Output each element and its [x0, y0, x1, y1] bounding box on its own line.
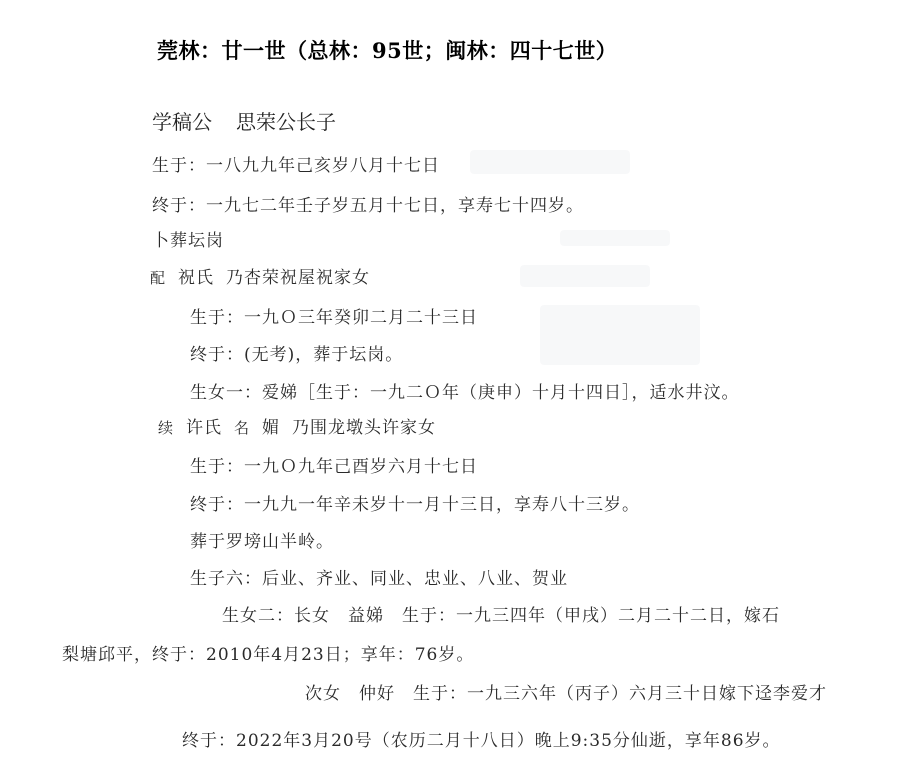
spouse2-death: 终于：一九九一年辛未岁十一月十三日，享寿八十三岁。 — [190, 497, 640, 514]
person-relation: 思荣公长子 — [236, 110, 336, 134]
spouse2-daughters-line1: 生女二：长女 益娣 生于：一九三四年（甲戌）二月二十二日，嫁石 — [222, 608, 780, 625]
spouse2-origin: 乃围龙墩头许家女 — [292, 418, 436, 438]
scan-artifact — [470, 150, 630, 174]
spouse1-death: 终于：(无考)，葬于坛岗。 — [190, 347, 403, 364]
spouse1-birth: 生于：一九Ｏ三年癸卯二月二十三日 — [190, 310, 478, 327]
spouse2-given-label: 名 — [234, 419, 250, 437]
spouse1-prefix: 配 — [150, 269, 166, 287]
spouse2-sons: 生子六：后业、齐业、同业、忠业、八业、贺业 — [190, 571, 568, 588]
scan-artifact — [540, 305, 700, 365]
spouse2-given-name: 媚 — [262, 418, 280, 438]
spouse2-header: 续许氏名媚乃围龙墩头许家女 — [158, 420, 436, 437]
person-name: 学稿公 — [152, 110, 212, 134]
spouse2-surname: 许氏 — [186, 418, 222, 438]
person-burial: 卜葬坛岗 — [152, 233, 224, 250]
spouse1-header: 配祝氏乃杏荣祝屋祝家女 — [150, 270, 370, 287]
spouse1-origin: 乃杏荣祝屋祝家女 — [226, 268, 370, 288]
person-death: 终于：一九七二年壬子岁五月十七日，享寿七十四岁。 — [152, 198, 584, 215]
scan-artifact — [560, 230, 670, 246]
person-birth: 生于：一八九九年己亥岁八月十七日 — [152, 158, 440, 175]
scan-artifact — [520, 265, 650, 287]
spouse2-daughters-line4: 终于：2022年3月20号（农历二月十八日）晚上9:35分仙逝，享年86岁。 — [182, 733, 781, 750]
spouse1-surname: 祝氏 — [178, 268, 214, 288]
spouse2-daughters-line3: 次女 仲好 生于：一九三六年（丙子）六月三十日嫁下迳李爱才 — [305, 686, 827, 703]
spouse2-birth: 生于：一九Ｏ九年己酉岁六月十七日 — [190, 459, 478, 476]
generation-heading: 莞林：廿一世（总林：95世；闽林：四十七世） — [157, 40, 617, 61]
person-header: 学稿公思荣公长子 — [152, 112, 336, 132]
spouse2-prefix: 续 — [158, 419, 174, 437]
spouse1-daughters: 生女一：爱娣［生于：一九二Ｏ年（庚申）十月十四日］，适水井汶。 — [190, 385, 740, 402]
spouse2-burial: 葬于罗塝山半岭。 — [190, 534, 334, 551]
spouse2-daughters-line2: 梨塘邱平，终于：2010年4月23日；享年：76岁。 — [62, 647, 474, 664]
